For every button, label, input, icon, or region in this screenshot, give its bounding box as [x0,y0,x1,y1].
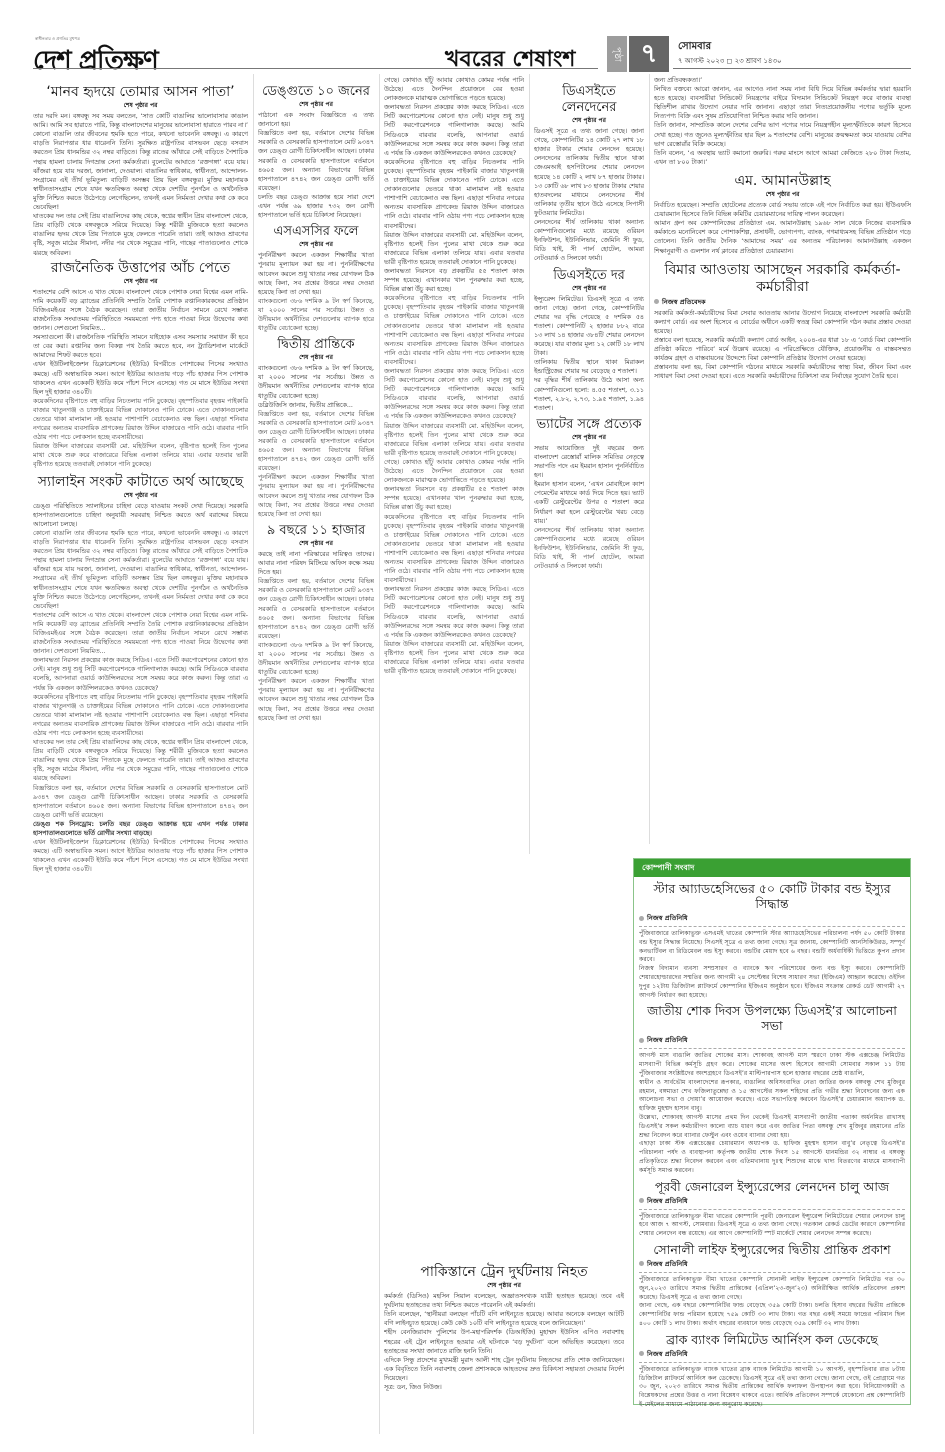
paragraph: এছাড়া ঢাকা স্টক এক্সচেঞ্জের চেয়ারম্যান… [639,1140,905,1175]
paragraph: পাঠানো এক সংবাদ বিজ্ঞপ্তিতে এ তথ্য জানান… [258,111,374,129]
paragraph: ইন্স্যুরেন্স লিমিটেড। ডিএসই সূত্রে এ তথ্… [534,295,644,359]
paragraph: শতাংশের বেশি আসে এ খাত থেকে। বাংলাদেশ থে… [33,611,248,656]
column-divider [379,74,380,1434]
paragraph: কোনো বাঙালি তার জীবনের হুমকি হতে পারে, ক… [33,130,248,212]
bullet-icon [639,1038,644,1043]
continued-label: শেষ পৃষ্ঠার পর [654,190,911,199]
company-news-header: কোম্পানী সংবাদ [634,859,910,877]
byline-text: নিজস্ব প্রতিনিধি [647,1350,688,1358]
headline[interactable]: এসএসসির ফলে [258,224,374,240]
dashed-divider [639,1209,905,1210]
paragraph: কয়েকদিনের বৃষ্টিপাতে বহু বাড়ির নিচতলায… [384,294,524,367]
paragraph: চলতি বছর ডেঙ্গু আক্রান্ত হয়ে সারা দেশে … [258,193,374,220]
bullet-icon [639,1198,644,1203]
paragraph: জানা গেছে, এক বছরে কোম্পানিটির ফান্ড বেড… [639,1302,905,1328]
paragraph: পুঁজিবাজারে তালিকাভুক্ত বীমা খাতের কোম্প… [639,1213,905,1239]
paragraph: জলাবদ্ধতা নিরসন প্রকল্পের কাজ করছে সিডিএ… [384,103,524,158]
continued-label: শেষ পৃষ্ঠার পর [384,1281,624,1290]
paragraph: লেনদেনের শীর্ষ তালিকায় থাকা অন্যান্য কো… [534,526,644,571]
paragraph: আমান গ্রুপ অব কোম্পানিজের প্রতিষ্ঠাতা এম… [654,219,911,255]
continued-label: শেষ পৃষ্ঠার পর [258,353,374,362]
paragraph: ঘাতকের দল তার সেই প্রিয় বাঙালিদের কাছ থ… [33,738,248,783]
company-news-item: পূরবী জেনারেল ইন্স্যুরেন্সের লেনদেন চালু… [639,1179,905,1239]
byline: নিজস্ব প্রতিনিধি [639,1349,905,1360]
paragraph: এখন ইউটিলাইজেশন ডিক্লারেশনের (ইউডি) বিপর… [33,360,248,396]
paragraph: তিনি বলেন, ‘এ অবস্থায় ভ্যাট কমানো জরুরি… [654,149,911,167]
paragraph: ইমরান হাসান বলেন, ‘এখন মোবাইলে ক্যাশ পেম… [534,480,644,525]
paragraph: পুঁজিবাজারে তালিকাভুক্ত বীমা খাতের কোম্প… [639,1276,905,1302]
masthead-divider [33,68,598,69]
headline[interactable]: ভ্যাটের সঙ্গে প্রত্যেক [534,417,644,433]
article-amanullah: এম. আমানউল্লাহ শেষ পৃষ্ঠার পর নির্বাচিত … [654,173,911,256]
article-nine-years: ৯ বছরে ১১ হাজার শেষ পৃষ্ঠার পর করছে তাই … [258,523,374,723]
company-news-item: স্টার আ্যাডহেসিভের ৫০ কোটি টাকার বন্ড ইস… [639,881,905,1000]
paragraph: ডেঙ্গু পরিস্থিতিতে স্যালাইনের চাহিদা বেড… [33,502,248,529]
paragraph: পুঁজিবাজারে তালিকাভুক্ত এসএমই খাতের কোম্… [639,930,905,965]
paragraph: ব্যাংকগুলো ৩৮৬ দশমিক ৯ টন স্বর্ণ কিনেছে,… [258,297,374,333]
bullet-icon [639,1351,644,1356]
paragraph: স্বাধীন ও সার্বভৌম বাংলাদেশের রূপকার, বা… [639,1079,905,1114]
article-dse-dor: ডিএসইতে দর শেষ পৃষ্ঠার পর ইন্স্যুরেন্স ল… [534,268,644,413]
company-news-item: ব্রাক ব্যাংক লিমিটেড আর্নিংস কল ডেকেছে ন… [639,1332,905,1410]
byline: নিজস্ব প্রতিনিধি [639,913,905,924]
paragraph: উল্লেখ্য, শোকাবহ আগস্ট মাসের প্রথম দিন থ… [639,1114,905,1140]
article-right-top: জন্য প্রতিবন্ধকতা।’ লিখিত বক্তব্যে আরো জ… [654,76,911,167]
byline: নিজস্ব প্রতিনিধি [639,1035,905,1046]
dashed-divider [639,1048,905,1049]
continued-label: শেষ পৃষ্ঠার পর [258,100,374,109]
paragraph: প্রস্তাবনায় বলা হয়, বিমা কোম্পানি গঠনে… [654,363,911,381]
paragraph: রিয়াজ উদ্দিন বাজারের ব্যবসায়ী মো. মহিউ… [384,640,524,676]
headline[interactable]: দ্বিতীয় প্রান্তিকে [258,337,374,353]
masthead: স্বাধীনতার ও প্রগতির মুখপত্র দেশ প্রতিক্… [33,36,911,72]
paragraph: বিজ্ঞপ্তিতে বলা হয়, বর্তমানে দেশের বিভি… [33,784,248,820]
paragraph: জলাবদ্ধতা নিরসনে বড় প্রকল্পটির ৫৫ শতাংশ… [384,267,524,294]
paragraph: সূত্র: ডন, জিও নিউজ। [384,1383,624,1392]
company-news-box: কোম্পানী সংবাদ স্টার আ্যাডহেসিভের ৫০ কোট… [633,858,911,1405]
paragraph: জন্য প্রতিবন্ধকতা।’ [654,76,911,85]
paragraph: রিয়াজ উদ্দিন বাজারের ব্যবসায়ী মো. মহিউ… [384,231,524,267]
paragraph: পুনর্নিরীক্ষণ করলে একজন শিক্ষার্থীর খাতা… [258,251,374,296]
continued-label: শেষ পৃষ্ঠার পর [33,491,248,500]
paragraph: জলাবদ্ধতা নিরসন প্রকল্পের কাজ করছে সিডিএ… [384,367,524,422]
paragraph: লিখিত বক্তব্যে আরো জানান, এর আগেও নানা স… [654,85,911,121]
byline-text: নিজস্ব প্রতিনিধি [647,914,688,922]
headline[interactable]: বিমার আওতায় আসছেন সরকারি কর্মকর্তা-কর্ম… [654,262,911,296]
headline[interactable]: পূরবী জেনারেল ইন্স্যুরেন্সের লেনদেন চালু… [639,1179,905,1194]
bullet-icon [654,299,659,304]
page-label: পৃষ্ঠা [607,36,627,72]
continued-label: শেষ পৃষ্ঠার পর [534,284,644,293]
newspaper-logo[interactable]: দেশ প্রতিক্ষণ [33,40,158,84]
byline-text: নিজস্ব প্রতিনিধি [647,1197,688,1205]
paragraph: ব্যাংকগুলো ৩৮৬ দশমিক ৯ টন স্বর্ণ কিনেছে,… [258,641,374,677]
byline: নিজস্ব প্রতিনিধি [639,1259,905,1270]
paragraph: এদিকে সিন্ধু প্রদেশের মুখ্যমন্ত্রী মুরাদ… [384,1356,624,1383]
column-divider [253,74,254,1434]
byline-text: নিজস্ব প্রতিবেদক [662,298,706,306]
headline[interactable]: ৯ বছরে ১১ হাজার [258,523,374,539]
paragraph: নিজস্ব বিদ্যমান ব্যবসা সম্প্রসারণ ও ব্যা… [639,965,905,1000]
paragraph: নির্বাচিত হয়েছেন। সম্প্রতি হোটেলের প্রত… [654,201,911,219]
paragraph: শতাংশের বেশি আসে এ খাত থেকে। বাংলাদেশ থে… [33,288,248,333]
continued-label: শেষ পৃষ্ঠার পর [33,277,248,286]
byline: নিজস্ব প্রতিনিধি [639,1196,905,1207]
paragraph: ডেঙ্গু শক সিনড্রোম: চলতি বছর ডেঙ্গু আক্র… [33,820,248,838]
paragraph: কর্মকর্তা (ডিসিও) মহসিন সিয়াল বলেছেন, অ… [384,1292,624,1310]
paragraph: গেছে। কোথাও হাঁটু আবার কোথাও কোমর পর্যন্… [384,76,524,103]
paragraph: রিয়াজ উদ্দিন বাজারের ব্যবসায়ী মো. মহিউ… [33,442,248,469]
headline[interactable]: ডিএসইতে লেনদেনের [534,84,644,116]
paragraph: বিজ্ঞপ্তিতে বলা হয়, বর্তমানে দেশের বিভি… [258,577,374,641]
paragraph: কয়েকদিনের বৃষ্টিপাতে বহু বাড়ির নিচতলায… [33,693,248,738]
paragraph: তিনি বলেছেন, ‘স্থানীয়রা বলছেন পাঁচটি বগ… [384,1310,624,1328]
article-dse-lenden: ডিএসইতে লেনদেনের শেষ পৃষ্ঠার পর ডিএসই সূ… [534,84,644,264]
continued-label: শেষ পৃষ্ঠার পর [534,433,644,442]
headline[interactable]: রাজনৈতিক উত্তাপের আঁচ পেতে [33,260,248,277]
paragraph: কয়েকদিনের বৃষ্টিপাতে বহু বাড়ির নিচতলায… [384,158,524,231]
paragraph: ডিএসই সূত্রে এ তথ্য জানা গেছে। জানা গেছে… [534,127,644,218]
headline[interactable]: ‘মানব হৃদয়ে তোমার আসন পাতা’ [33,84,248,101]
paragraph: তিনি জানান, সাম্প্রতিক কালে দেশের বেশির … [654,121,911,148]
paragraph: দর বৃদ্ধির শীর্ষ তালিকায় উঠে আসা অন্য ক… [534,376,644,412]
headline[interactable]: স্টার আ্যাডহেসিভের ৫০ কোটি টাকার বন্ড ইস… [639,881,905,911]
column-right: জন্য প্রতিবন্ধকতা।’ লিখিত বক্তব্যে আরো জ… [654,76,911,851]
headline[interactable]: সোনালী লাইফ ইন্স্যুরেন্সের দ্বিতীয় প্রা… [639,1242,905,1257]
bullet-icon [639,1261,644,1266]
paragraph: আগস্ট মাস বাঙালি জাতির শোকের মাস। শোকাবহ… [639,1052,905,1078]
article-jolabaddhota: গেছে। কোথাও হাঁটু আবার কোথাও কোমর পর্যন্… [384,76,524,676]
paragraph: করছে তাই নানা পরিস্কারের দায়িত্বও তাদের… [258,550,374,577]
paragraph: লেনদেনের শীর্ষ তালিকায় থাকা অন্যান্য কো… [534,218,644,263]
byline: নিজস্ব প্রতিবেদক [654,298,911,307]
article-ssc: এসএসসির ফলে শেষ পৃষ্ঠার পর পুনর্নিরীক্ষণ… [258,224,374,333]
section-title: খবরের শেষাংশ [445,42,575,79]
paragraph: প্রস্তাবে বলা হয়েছে, সরকারি কর্মচারী কল… [654,336,911,363]
paragraph: রিয়াজ উদ্দিন বাজারের ব্যবসায়ী মো. মহিউ… [384,422,524,458]
bullet-icon [639,916,644,921]
paragraph: কয়েকদিনের বৃষ্টিপাতে বহু বাড়ির নিচতলায… [33,397,248,442]
byline-text: নিজস্ব প্রতিনিধি [647,1260,688,1268]
paragraph: শহীদ বেনজিরাবাদ পুলিশের উপ-মহাপরিদর্শক (… [384,1328,624,1355]
paragraph: ডব্লিউজিসি জানায়, দ্বিতীয় প্রান্তিকে..… [258,401,374,410]
column-divider [529,74,530,854]
article-manob-hridoy: ‘মানব হৃদয়ে তোমার আসন পাতা’ শেষ পৃষ্ঠার… [33,84,248,258]
headline[interactable]: জাতীয় শোক দিবস উপলক্ষ্যে ডিএসই’র আলোচনা… [639,1003,905,1033]
dashed-divider [639,1362,905,1363]
article-ditio-prantik: দ্বিতীয় প্রান্তিকে শেষ পৃষ্ঠার পর ব্যাং… [258,337,374,519]
paragraph: পুঁজিবাজারে তালিকাভুক্ত ব্যাংক খাতের ব্র… [639,1366,905,1410]
continued-label: শেষ পৃষ্ঠার পর [258,240,374,249]
article-bima: বিমার আওতায় আসছেন সরকারি কর্মকর্তা-কর্ম… [654,262,911,382]
paragraph: ব্যাংকগুলো ৩৮৬ দশমিক ৯ টন স্বর্ণ কিনেছে,… [258,364,374,400]
column-divider [649,74,650,844]
paragraph: সমস্যাগুলো কী। রাজনৈতিক পরিস্থিতি সামনে … [33,333,248,360]
paragraph: জলাবদ্ধতা নিরসনে বড় প্রকল্পটির ৫৫ শতাংশ… [384,485,524,512]
paragraph: তার দরদি মন। বঙ্গবন্ধু সব সময় বলতেন, ‘স… [33,112,248,130]
article-saline: স্যালাইন সংকট কাটাতে অর্থ আছেছে শেষ পৃষ্… [33,474,248,875]
byline-text: নিজস্ব প্রতিনিধি [647,1036,688,1044]
article-rajnoitik: রাজনৈতিক উত্তাপের আঁচ পেতে শেষ পৃষ্ঠার প… [33,260,248,470]
company-news-item: জাতীয় শোক দিবস উপলক্ষ্যে ডিএসই’র আলোচনা… [639,1003,905,1175]
paragraph: কয়েকদিনের বৃষ্টিপাতে বহু বাড়ির নিচতলায… [384,513,524,586]
page-number: ৭ [629,36,669,72]
paragraph: কোনো বাঙালি তার জীবনের হুমকি হতে পারে, ক… [33,529,248,611]
paragraph: জলাবদ্ধতা নিরসন প্রকল্পের কাজ করছে সিডিএ… [384,585,524,640]
column-1: ‘মানব হৃদয়ে তোমার আসন পাতা’ শেষ পৃষ্ঠার… [33,82,248,1442]
paragraph: তালিকায় দ্বিতীয় স্থানে থাকা মিরাকল ইন্… [534,358,644,376]
headline[interactable]: এম. আমানউল্লাহ [654,173,911,190]
article-pakistan-train: পাকিস্তানে ট্রেন দুর্ঘটনায় নিহত শেষ পৃষ… [384,1262,624,1442]
dashed-divider [639,926,905,927]
paragraph: ঘাতকের দল তার সেই প্রিয় বাঙালিদের কাছ থ… [33,212,248,257]
headline[interactable]: স্যালাইন সংকট কাটাতে অর্থ আছেছে [33,474,248,491]
company-news-item: সোনালী লাইফ ইন্স্যুরেন্সের দ্বিতীয় প্রা… [639,1242,905,1329]
column-5: ডিএসইতে লেনদেনের শেষ পৃষ্ঠার পর ডিএসই সূ… [534,82,644,852]
paragraph: বিজ্ঞপ্তিতে বলা হয়, বর্তমানে দেশের বিভি… [258,129,374,193]
paragraph: বিজ্ঞপ্তিতে বলা হয়, বর্তমানে দেশের বিভি… [258,410,374,474]
paragraph: গেছে। কোথাও হাঁটু আবার কোথাও কোমর পর্যন্… [384,458,524,485]
headline[interactable]: ডিএসইতে দর [534,268,644,284]
paragraph: সরকারি কর্মকর্তা-কর্মচারীদের বিমা সেবার … [654,309,911,336]
masthead-divider [673,68,911,69]
newspaper-page: স্বাধীনতার ও প্রগতির মুখপত্র দেশ প্রতিক্… [33,0,911,1452]
paragraph: জলাবদ্ধতা নিরসন প্রকল্পের কাজ করছে সিডিএ… [33,656,248,692]
paragraph: এখন ইউটিলাইজেশন ডিক্লারেশনের (ইউডি) বিপর… [33,838,248,874]
headline[interactable]: পাকিস্তানে ট্রেন দুর্ঘটনায় নিহত [384,1264,624,1281]
article-dengue: ডেঙ্গুতে ১০ জনের শেষ পৃষ্ঠার পর পাঠানো এ… [258,84,374,220]
headline[interactable]: ডেঙ্গুতে ১০ জনের [258,84,374,100]
continued-label: শেষ পৃষ্ঠার পর [534,116,644,125]
publication-date: ৭ আগস্ট ২০২৩ ◻ ২৩ শ্রাবণ ১৪৩০ [678,55,782,67]
article-vat: ভ্যাটের সঙ্গে প্রত্যেক শেষ পৃষ্ঠার পর সভ… [534,417,644,571]
headline[interactable]: ব্রাক ব্যাংক লিমিটেড আর্নিংস কল ডেকেছে [639,1332,905,1347]
paragraph: সভায় আয়োজিত দুই বছরের জন্য বাংলাদেশ রে… [534,444,644,480]
paragraph: পুনর্নিরীক্ষণ করলে একজন শিক্ষার্থীর খাতা… [258,473,374,518]
column-3: গেছে। কোথাও হাঁটু আবার কোথাও কোমর পর্যন্… [384,76,524,1376]
continued-label: শেষ পৃষ্ঠার পর [33,101,248,110]
dashed-divider [639,1272,905,1273]
paragraph: পুনর্নিরীক্ষণ করলে একজন শিক্ষার্থীর খাতা… [258,677,374,722]
continued-label: শেষ পৃষ্ঠার পর [258,539,374,548]
publication-day: সোমবার [678,39,711,56]
column-2: ডেঙ্গুতে ১০ জনের শেষ পৃষ্ঠার পর পাঠানো এ… [258,82,374,1442]
